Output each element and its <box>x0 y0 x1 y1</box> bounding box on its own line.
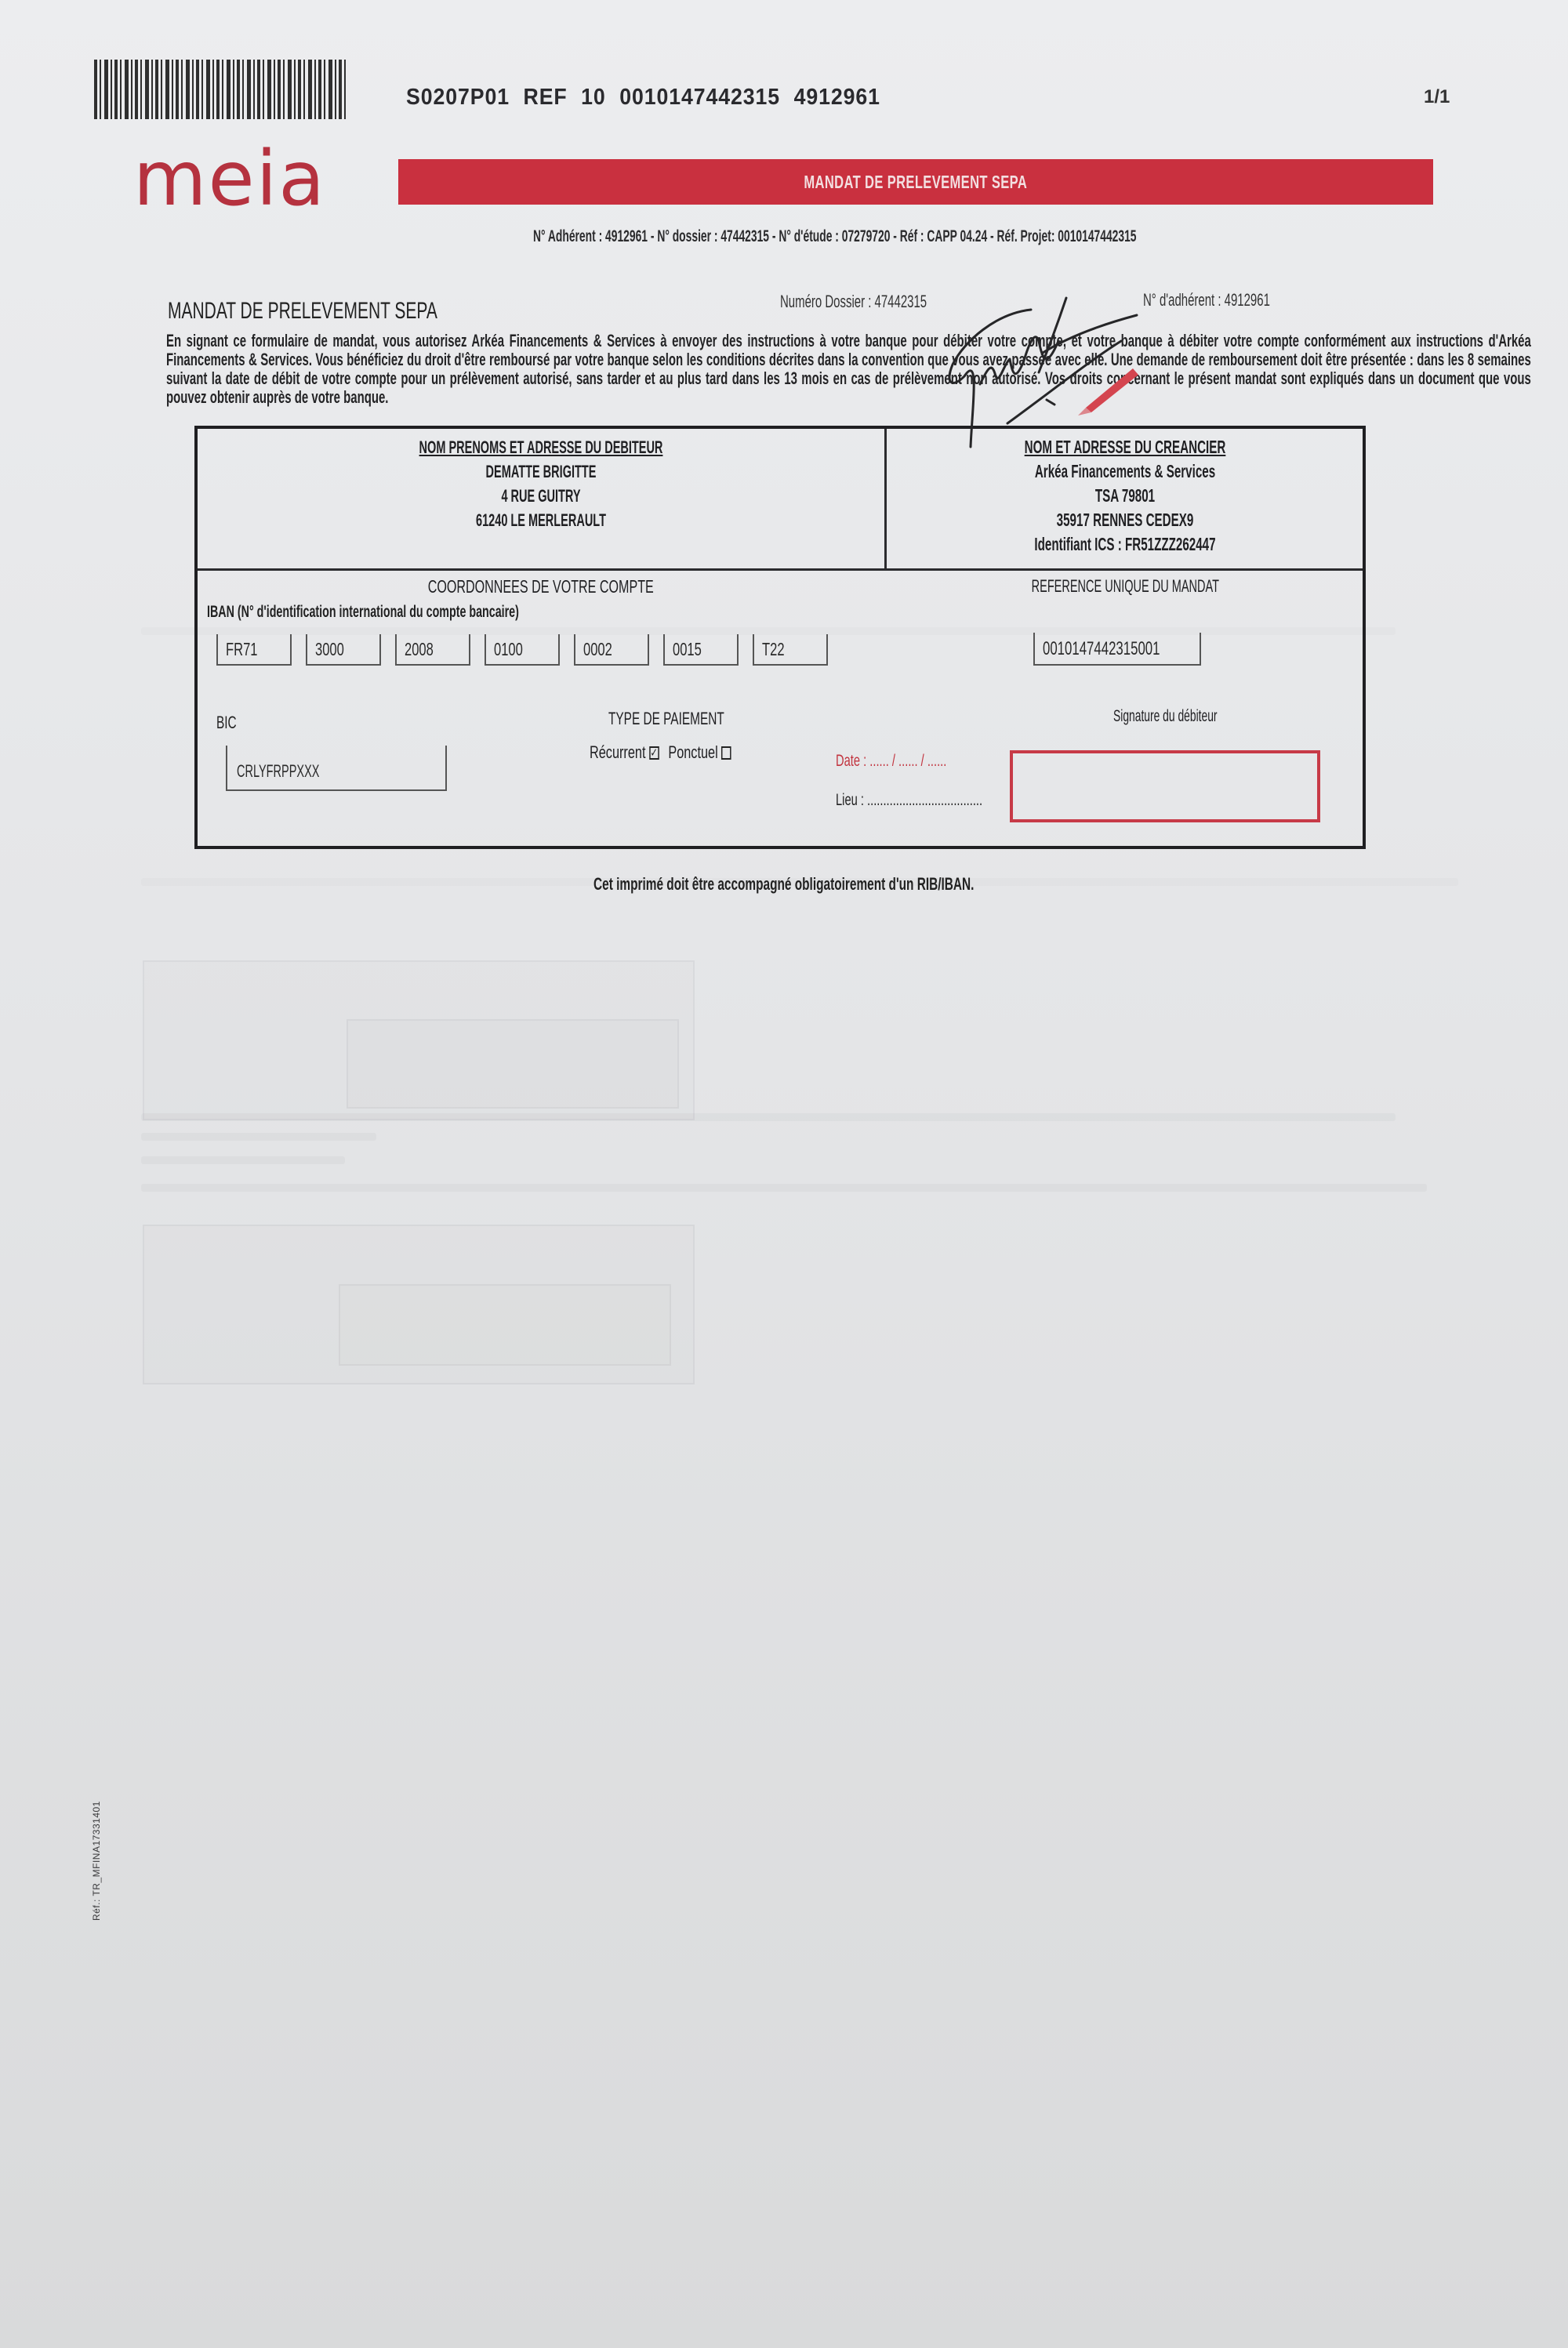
iban-block-value: 0100 <box>494 639 523 660</box>
iban-block-value: 2008 <box>405 639 434 660</box>
creditor-ics: Identifiant ICS : FR51ZZZ262447 <box>968 532 1282 557</box>
iban-block-3[interactable]: 2008 <box>395 634 470 666</box>
ponctuel-label: Ponctuel <box>668 742 717 763</box>
bleed-through-line <box>141 1184 1427 1192</box>
recurrent-checkbox[interactable]: ✓ <box>649 746 659 760</box>
dossier-number: Numéro Dossier : 47442315 <box>780 292 927 312</box>
meta-reference-line: N° Adhérent : 4912961 - N° dossier : 474… <box>533 227 1136 246</box>
mandate-title: MANDAT DE PRELEVEMENT SEPA <box>168 298 437 325</box>
creditor-header: NOM ET ADRESSE DU CREANCIER <box>968 435 1282 459</box>
legal-text: En signant ce formulaire de mandat, vous… <box>166 332 1531 407</box>
debtor-address-line2: 61240 LE MERLERAULT <box>314 508 768 532</box>
form-divider-vertical <box>884 429 887 570</box>
debtor-section: NOM PRENOMS ET ADRESSE DU DEBITEUR DEMAT… <box>198 435 884 532</box>
iban-label: IBAN (N° d'identification international … <box>207 603 519 622</box>
side-reference: Réf.: TR_MFINA17331401 <box>91 1801 102 1921</box>
creditor-name: Arkéa Financements & Services <box>968 459 1282 484</box>
rum-value: 0010147442315001 <box>1043 638 1160 660</box>
date-field[interactable]: Date : ...... / ...... / ...... <box>836 752 946 771</box>
bic-field[interactable]: CRLYFRPPXXX <box>226 746 447 791</box>
iban-block-5[interactable]: 0002 <box>574 634 649 666</box>
payment-type-header: TYPE DE PAIEMENT <box>608 709 724 729</box>
creditor-address-line1: TSA 79801 <box>968 484 1282 508</box>
check-icon: ✓ <box>651 746 658 760</box>
iban-block-value: 0015 <box>673 639 702 660</box>
payment-type-options: Récurrent ✓ Ponctuel <box>590 742 731 763</box>
debtor-header: NOM PRENOMS ET ADRESSE DU DEBITEUR <box>314 435 768 459</box>
account-header: COORDONNEES DE VOTRE COMPTE <box>198 576 884 597</box>
bleed-through-line <box>141 1113 1396 1121</box>
iban-block-2[interactable]: 3000 <box>306 634 381 666</box>
ponctuel-checkbox[interactable] <box>721 746 731 760</box>
recurrent-label: Récurrent <box>590 742 645 763</box>
debtor-name: DEMATTE BRIGITTE <box>314 459 768 484</box>
iban-block-value: 0002 <box>583 639 612 660</box>
iban-block-value: 3000 <box>315 639 344 660</box>
iban-block-1[interactable]: FR71 <box>216 634 292 666</box>
reference-line: S0207P01 REF 10 0010147442315 4912961 <box>406 85 880 111</box>
rum-header: REFERENCE UNIQUE DU MANDAT <box>887 576 1363 597</box>
barcode <box>94 60 347 119</box>
bleed-through-line <box>141 1133 376 1141</box>
creditor-section: NOM ET ADRESSE DU CREANCIER Arkéa Financ… <box>887 435 1363 557</box>
bic-value: CRLYFRPPXXX <box>237 761 319 782</box>
rib-requirement-text: Cet imprimé doit être accompagné obligat… <box>593 874 974 895</box>
creditor-address-line2: 35917 RENNES CEDEX9 <box>968 508 1282 532</box>
account-header-text: COORDONNEES DE VOTRE COMPTE <box>428 576 654 597</box>
iban-block-4[interactable]: 0100 <box>485 634 560 666</box>
rib-requirement-note: Cet imprimé doit être accompagné obligat… <box>0 874 1568 895</box>
mandate-form: NOM PRENOMS ET ADRESSE DU DEBITEUR DEMAT… <box>194 426 1366 849</box>
title-banner: MANDAT DE PRELEVEMENT SEPA <box>398 159 1433 205</box>
adherent-number: N° d'adhérent : 4912961 <box>1143 290 1270 310</box>
debtor-address-line1: 4 RUE GUITRY <box>314 484 768 508</box>
page-number: 1/1 <box>1424 86 1450 108</box>
bic-label: BIC <box>216 713 237 733</box>
rum-header-text: REFERENCE UNIQUE DU MANDAT <box>1031 576 1218 597</box>
banner-title: MANDAT DE PRELEVEMENT SEPA <box>804 172 1028 193</box>
signature-box[interactable] <box>1010 750 1320 822</box>
meia-logo: meia <box>133 141 326 216</box>
signature-label: Signature du débiteur <box>1113 707 1218 726</box>
bleed-through-box <box>347 1019 679 1109</box>
iban-block-value: FR71 <box>226 639 258 660</box>
bleed-through-line <box>141 1156 345 1164</box>
iban-block-7[interactable]: T22 <box>753 634 828 666</box>
iban-block-6[interactable]: 0015 <box>663 634 739 666</box>
iban-fields: FR71 3000 2008 0100 0002 0015 T22 <box>216 634 828 666</box>
iban-block-value: T22 <box>762 639 785 660</box>
place-field[interactable]: Lieu : .................................… <box>836 791 982 810</box>
form-divider-horizontal <box>198 568 1363 571</box>
rum-field[interactable]: 0010147442315001 <box>1033 633 1201 666</box>
bleed-through-box <box>339 1284 671 1366</box>
